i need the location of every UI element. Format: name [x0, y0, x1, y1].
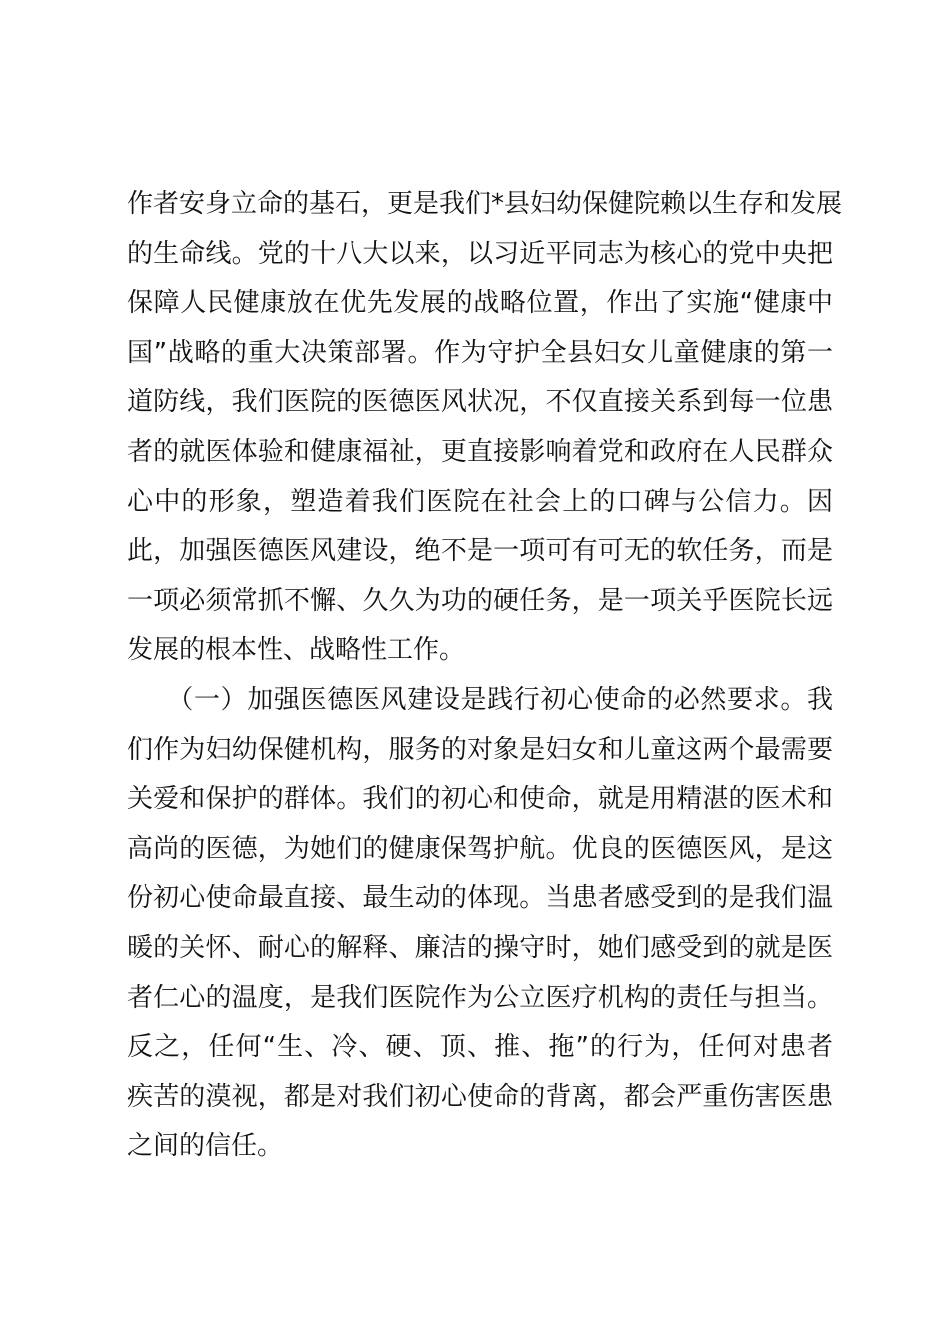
- text-line: 暖的关怀、耐心的解释、廉洁的操守时，她们感受到的就是医: [127, 924, 833, 974]
- text-line: 者仁心的温度，是我们医院作为公立医疗机构的责任与担当。: [127, 974, 833, 1024]
- text-line: 心中的形象，塑造着我们医院在社会上的口碑与公信力。因: [127, 478, 833, 528]
- text-line: 高尚的医德，为她们的健康保驾护航。优良的医德医风，是这: [127, 825, 833, 875]
- text-line: 者的就医体验和健康福祉，更直接影响着党和政府在人民群众: [127, 428, 833, 478]
- text-line: 作者安身立命的基石，更是我们*县妇幼保健院赖以生存和发展: [127, 180, 833, 230]
- text-line: 发展的根本性、战略性工作。: [127, 626, 833, 676]
- paragraph-intro-continuation: 作者安身立命的基石，更是我们*县妇幼保健院赖以生存和发展 的生命线。党的十八大以…: [127, 180, 833, 676]
- document-page: 作者安身立命的基石，更是我们*县妇幼保健院赖以生存和发展 的生命线。党的十八大以…: [0, 0, 950, 1344]
- text-line: 保障人民健康放在优先发展的战略位置，作出了实施“健康中: [127, 279, 833, 329]
- text-line: 份初心使命最直接、最生动的体现。当患者感受到的是我们温: [127, 874, 833, 924]
- text-line: 此，加强医德医风建设，绝不是一项可有可无的软任务，而是: [127, 527, 833, 577]
- text-line: 之间的信任。: [127, 1122, 833, 1172]
- text-line: 反之，任何“生、冷、硬、顶、推、拖”的行为，任何对患者: [127, 1023, 833, 1073]
- text-line: 道防线，我们医院的医德医风状况，不仅直接关系到每一位患: [127, 378, 833, 428]
- section-heading-line: （一）加强医德医风建设是践行初心使命的必然要求。我: [127, 676, 833, 726]
- paragraph-section-1: （一）加强医德医风建设是践行初心使命的必然要求。我 们作为妇幼保健机构，服务的对…: [127, 676, 833, 1172]
- document-body: 作者安身立命的基石，更是我们*县妇幼保健院赖以生存和发展 的生命线。党的十八大以…: [127, 180, 833, 1172]
- text-line: 一项必须常抓不懈、久久为功的硬任务，是一项关乎医院长远: [127, 577, 833, 627]
- text-line: 的生命线。党的十八大以来，以习近平同志为核心的党中央把: [127, 230, 833, 280]
- text-line: 们作为妇幼保健机构，服务的对象是妇女和儿童这两个最需要: [127, 726, 833, 776]
- text-line: 关爱和保护的群体。我们的初心和使命，就是用精湛的医术和: [127, 775, 833, 825]
- text-line: 国”战略的重大决策部署。作为守护全县妇女儿童健康的第一: [127, 329, 833, 379]
- text-line: 疾苦的漠视，都是对我们初心使命的背离，都会严重伤害医患: [127, 1073, 833, 1123]
